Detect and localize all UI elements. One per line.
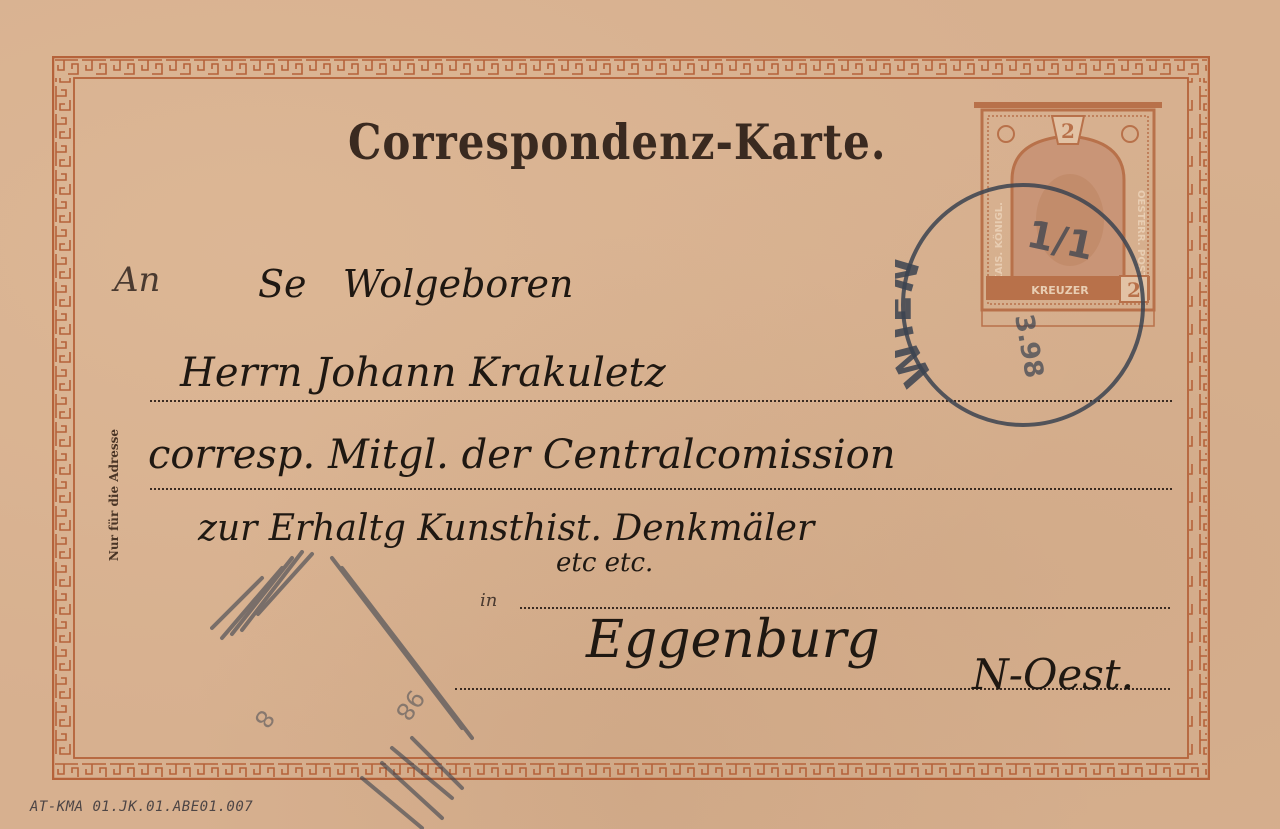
address-dotted-line-2	[150, 488, 1172, 490]
svg-text:1/1: 1/1	[1023, 212, 1097, 269]
card-title: Correspondenz-Karte.	[348, 114, 886, 170]
side-note-text: Nur für die Adresse	[107, 429, 121, 561]
in-label: in	[480, 590, 497, 611]
svg-text:2: 2	[1061, 119, 1075, 143]
address-line-5: etc etc.	[556, 548, 653, 578]
destination-region: N-Oest.	[972, 650, 1134, 699]
address-line-3: corresp. Mitgl. der Centralcomission	[148, 432, 896, 478]
svg-text:3.98: 3.98	[1008, 312, 1049, 380]
postcard: Correspondenz-Karte. Nur für die Adresse…	[0, 0, 1280, 829]
address-line-1: Se Wolgeboren	[258, 262, 573, 306]
address-dotted-line-3	[520, 607, 1170, 609]
svg-text:98: 98	[390, 685, 430, 726]
svg-text:WIEN: WIEN	[895, 253, 942, 394]
salutation: An	[114, 260, 160, 300]
arrival-postmark: 8 98	[192, 538, 482, 829]
wien-postmark: WIEN 1/1 3.98	[895, 176, 1151, 434]
destination-city: Eggenburg	[586, 610, 880, 670]
address-side-note: Nur für die Adresse	[104, 400, 124, 590]
address-line-2: Herrn Johann Krakuletz	[180, 350, 666, 396]
archive-id: AT-KMA 01.JK.01.ABE01.007	[30, 799, 253, 815]
address-line-1-text: Wolgeboren	[343, 262, 574, 306]
svg-text:8: 8	[248, 705, 280, 734]
address-line-1-prefix: Se	[258, 262, 307, 306]
